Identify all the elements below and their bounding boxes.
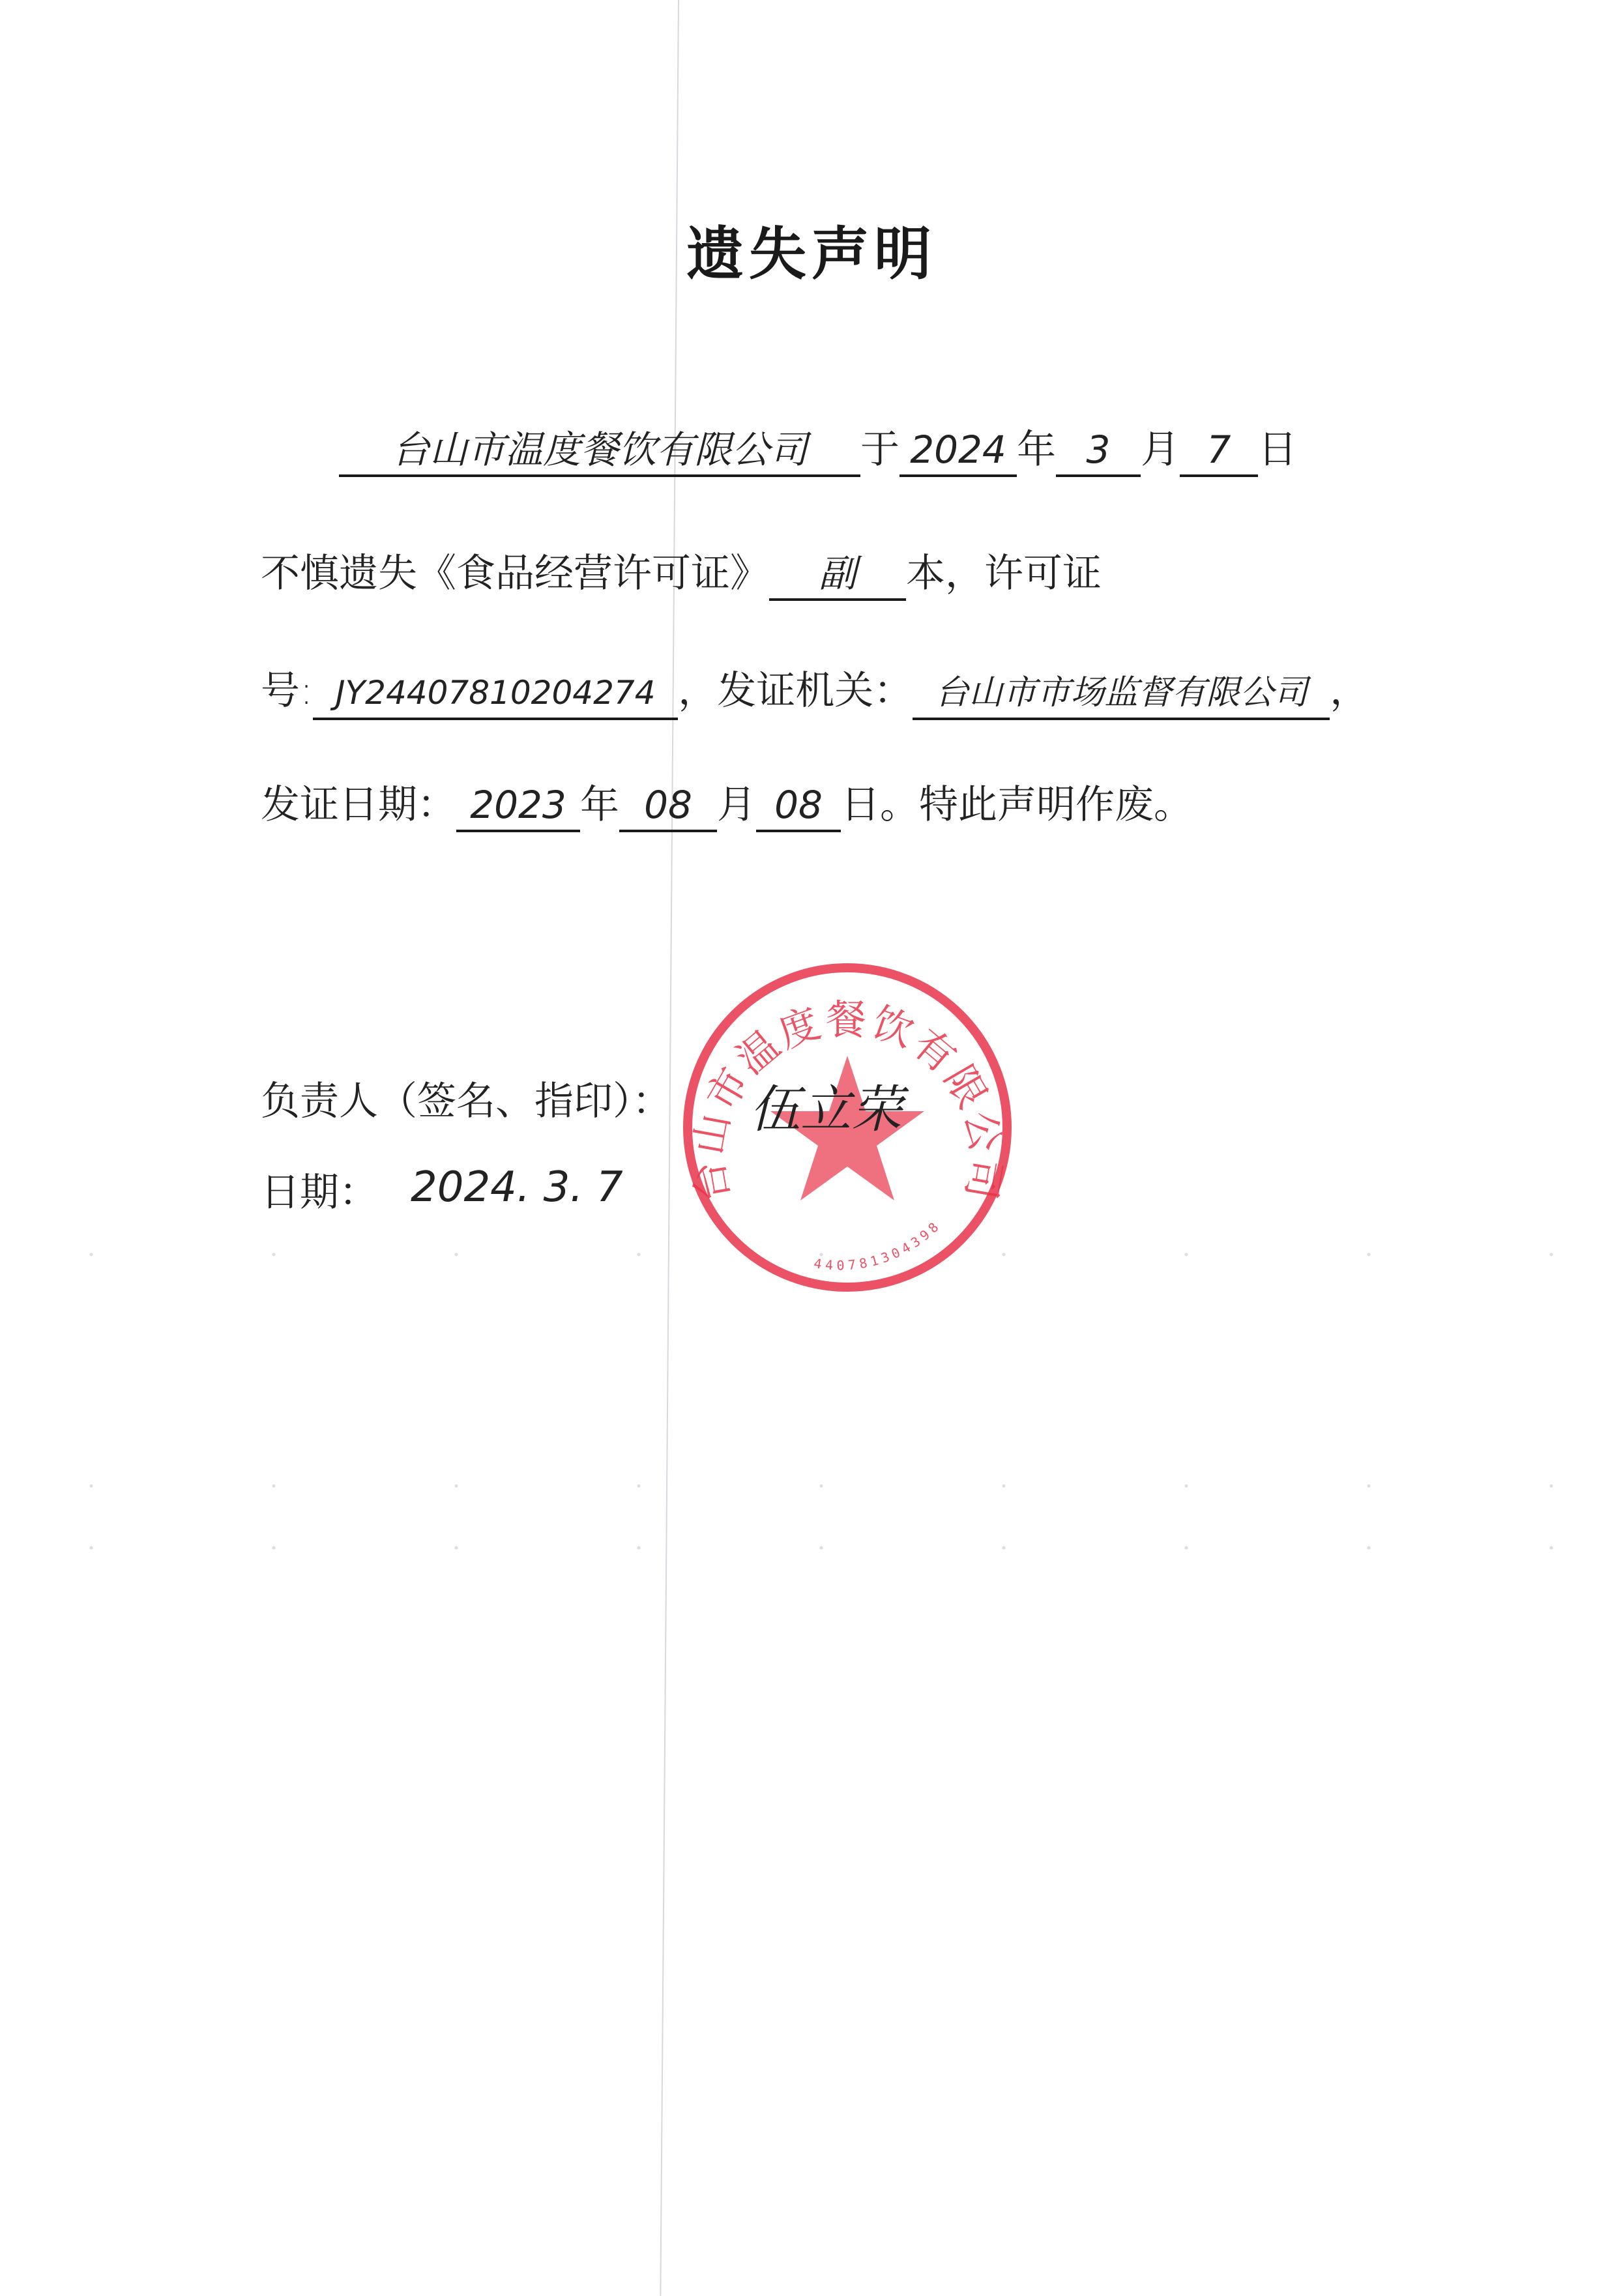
sign-date-label: 日期：	[261, 1170, 378, 1215]
issue-month-field: 08	[619, 780, 717, 832]
copy-suffix-text: 本，许可证	[906, 551, 1102, 596]
label-yu: 于	[860, 427, 899, 472]
issue-year-field: 2023	[456, 780, 580, 832]
scan-noise	[0, 1248, 1623, 1261]
issuing-authority-label: ，发证机关：	[678, 668, 913, 714]
statement-line-4: 发证日期：2023年08月08日。特此声明作废。	[261, 779, 1193, 832]
responsible-person-label: 负责人（签名、指印）：	[261, 1079, 671, 1124]
comma: ，	[1330, 668, 1369, 714]
loss-year-field: 2024	[899, 425, 1017, 477]
label-year: 年	[1017, 427, 1056, 472]
issue-day-field: 08	[756, 780, 841, 832]
loss-day-field: 7	[1180, 425, 1258, 477]
scan-fold-line	[660, 0, 679, 2296]
handwritten-signature: 伍立荣	[750, 1069, 902, 1142]
label-issue-month: 月	[717, 782, 756, 828]
declaration-void-text: 日。特此声明作废。	[841, 782, 1193, 828]
statement-line-2: 不慎遗失《食品经营许可证》副本，许可证	[261, 547, 1102, 601]
license-number-label: 号:	[261, 668, 313, 714]
scan-noise	[0, 1479, 1623, 1492]
copy-type-field: 副	[769, 549, 906, 601]
statement-line-3: 号:JY24407810204274，发证机关：台山市市场监督有限公司，	[261, 665, 1369, 720]
label-month: 月	[1141, 427, 1180, 472]
issue-date-label: 发证日期：	[261, 782, 456, 828]
lost-license-text: 不慎遗失《食品经营许可证》	[261, 551, 769, 596]
document-title: 遗失声明	[0, 209, 1623, 291]
license-number-field: JY24407810204274	[313, 668, 678, 720]
loss-month-field: 3	[1056, 425, 1141, 477]
scan-noise	[0, 1541, 1623, 1554]
company-name-field: 台山市温度餐饮有限公司	[339, 425, 860, 477]
label-issue-year: 年	[580, 782, 619, 828]
sign-date-row: 日期：	[261, 1167, 378, 1219]
issuing-authority-field: 台山市市场监督有限公司	[913, 668, 1330, 720]
label-day: 日	[1258, 427, 1297, 472]
handwritten-sign-date: 2024. 3. 7	[411, 1163, 623, 1212]
responsible-person-row: 负责人（签名、指印）：	[261, 1075, 671, 1127]
statement-line-1: 台山市温度餐饮有限公司于2024年3月7日	[339, 424, 1297, 477]
